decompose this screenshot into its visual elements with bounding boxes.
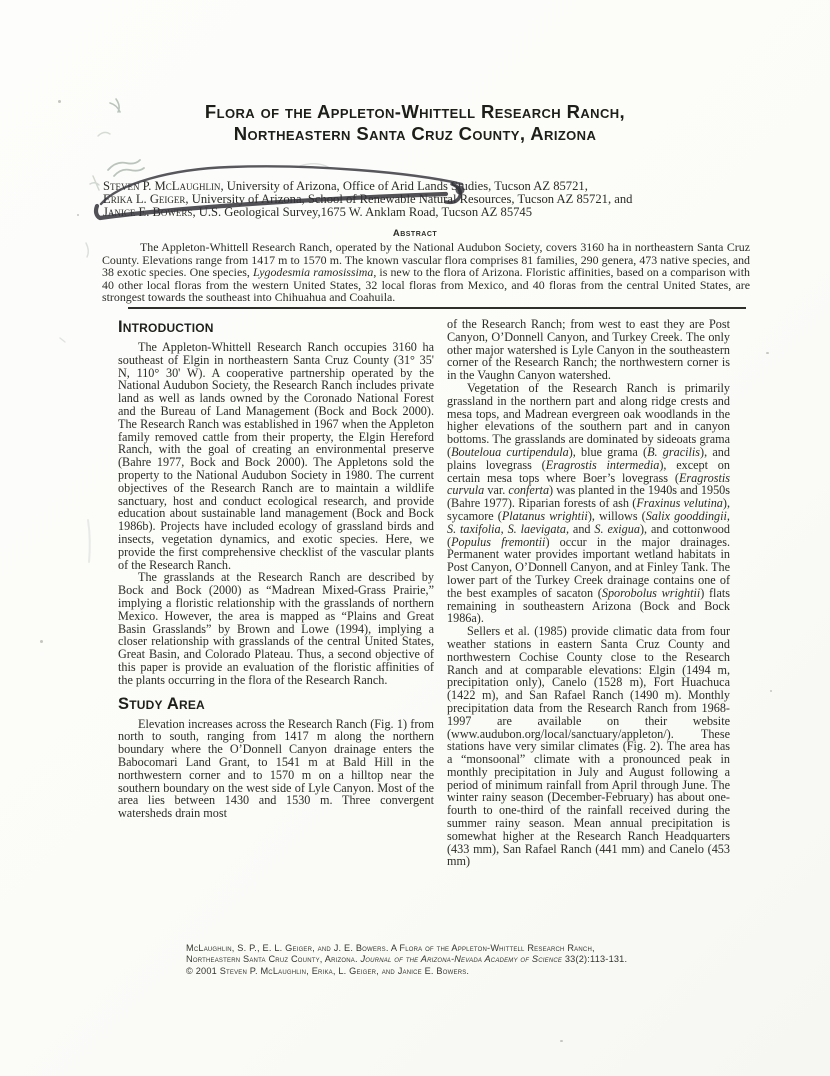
right-column: of the Research Ranch; from west to east… — [447, 318, 730, 868]
abstract-text: The Appleton-Whittell Research Ranch, op… — [102, 241, 750, 304]
body-paragraph: The grasslands at the Research Ranch are… — [118, 571, 434, 686]
dust-speck — [770, 690, 772, 692]
body-paragraph: of the Research Ranch; from west to east… — [447, 318, 730, 382]
section-heading: Introduction — [118, 318, 434, 337]
body-paragraph: Sellers et al. (1985) provide climatic d… — [447, 625, 730, 868]
scanned-journal-page: Flora of the Appleton-Whittell Research … — [0, 0, 830, 1076]
section-heading: Study Area — [118, 695, 434, 714]
divider-rule — [128, 307, 746, 309]
dust-speck — [560, 1040, 563, 1042]
footer-citation: McLaughlin, S. P., E. L. Geiger, and J. … — [186, 943, 761, 977]
body-paragraph: Vegetation of the Research Ranch is prim… — [447, 382, 730, 625]
dust-speck — [58, 100, 61, 103]
article-title-line-1: Flora of the Appleton-Whittell Research … — [0, 101, 830, 123]
article-title: Flora of the Appleton-Whittell Research … — [0, 101, 830, 144]
abstract-heading: Abstract — [0, 228, 830, 239]
dust-speck — [766, 352, 769, 354]
author-line: Janice E. Bowers, U.S. Geological Survey… — [103, 206, 758, 219]
body-paragraph: Elevation increases across the Research … — [118, 718, 434, 820]
left-column: IntroductionThe Appleton-Whittell Resear… — [118, 318, 434, 868]
body-paragraph: The Appleton-Whittell Research Ranch occ… — [118, 341, 434, 571]
footer-citation-line: Northeastern Santa Cruz County, Arizona.… — [186, 954, 761, 965]
article-title-line-2: Northeastern Santa Cruz County, Arizona — [0, 123, 830, 145]
article-body: IntroductionThe Appleton-Whittell Resear… — [118, 318, 730, 868]
dust-speck — [40, 640, 43, 643]
author-block: Steven P. McLaughlin, University of Ariz… — [103, 180, 758, 219]
dust-speck — [77, 214, 79, 216]
footer-citation-line: © 2001 Steven P. McLaughlin, Erika, L. G… — [186, 966, 761, 977]
footer-citation-line: McLaughlin, S. P., E. L. Geiger, and J. … — [186, 943, 761, 954]
